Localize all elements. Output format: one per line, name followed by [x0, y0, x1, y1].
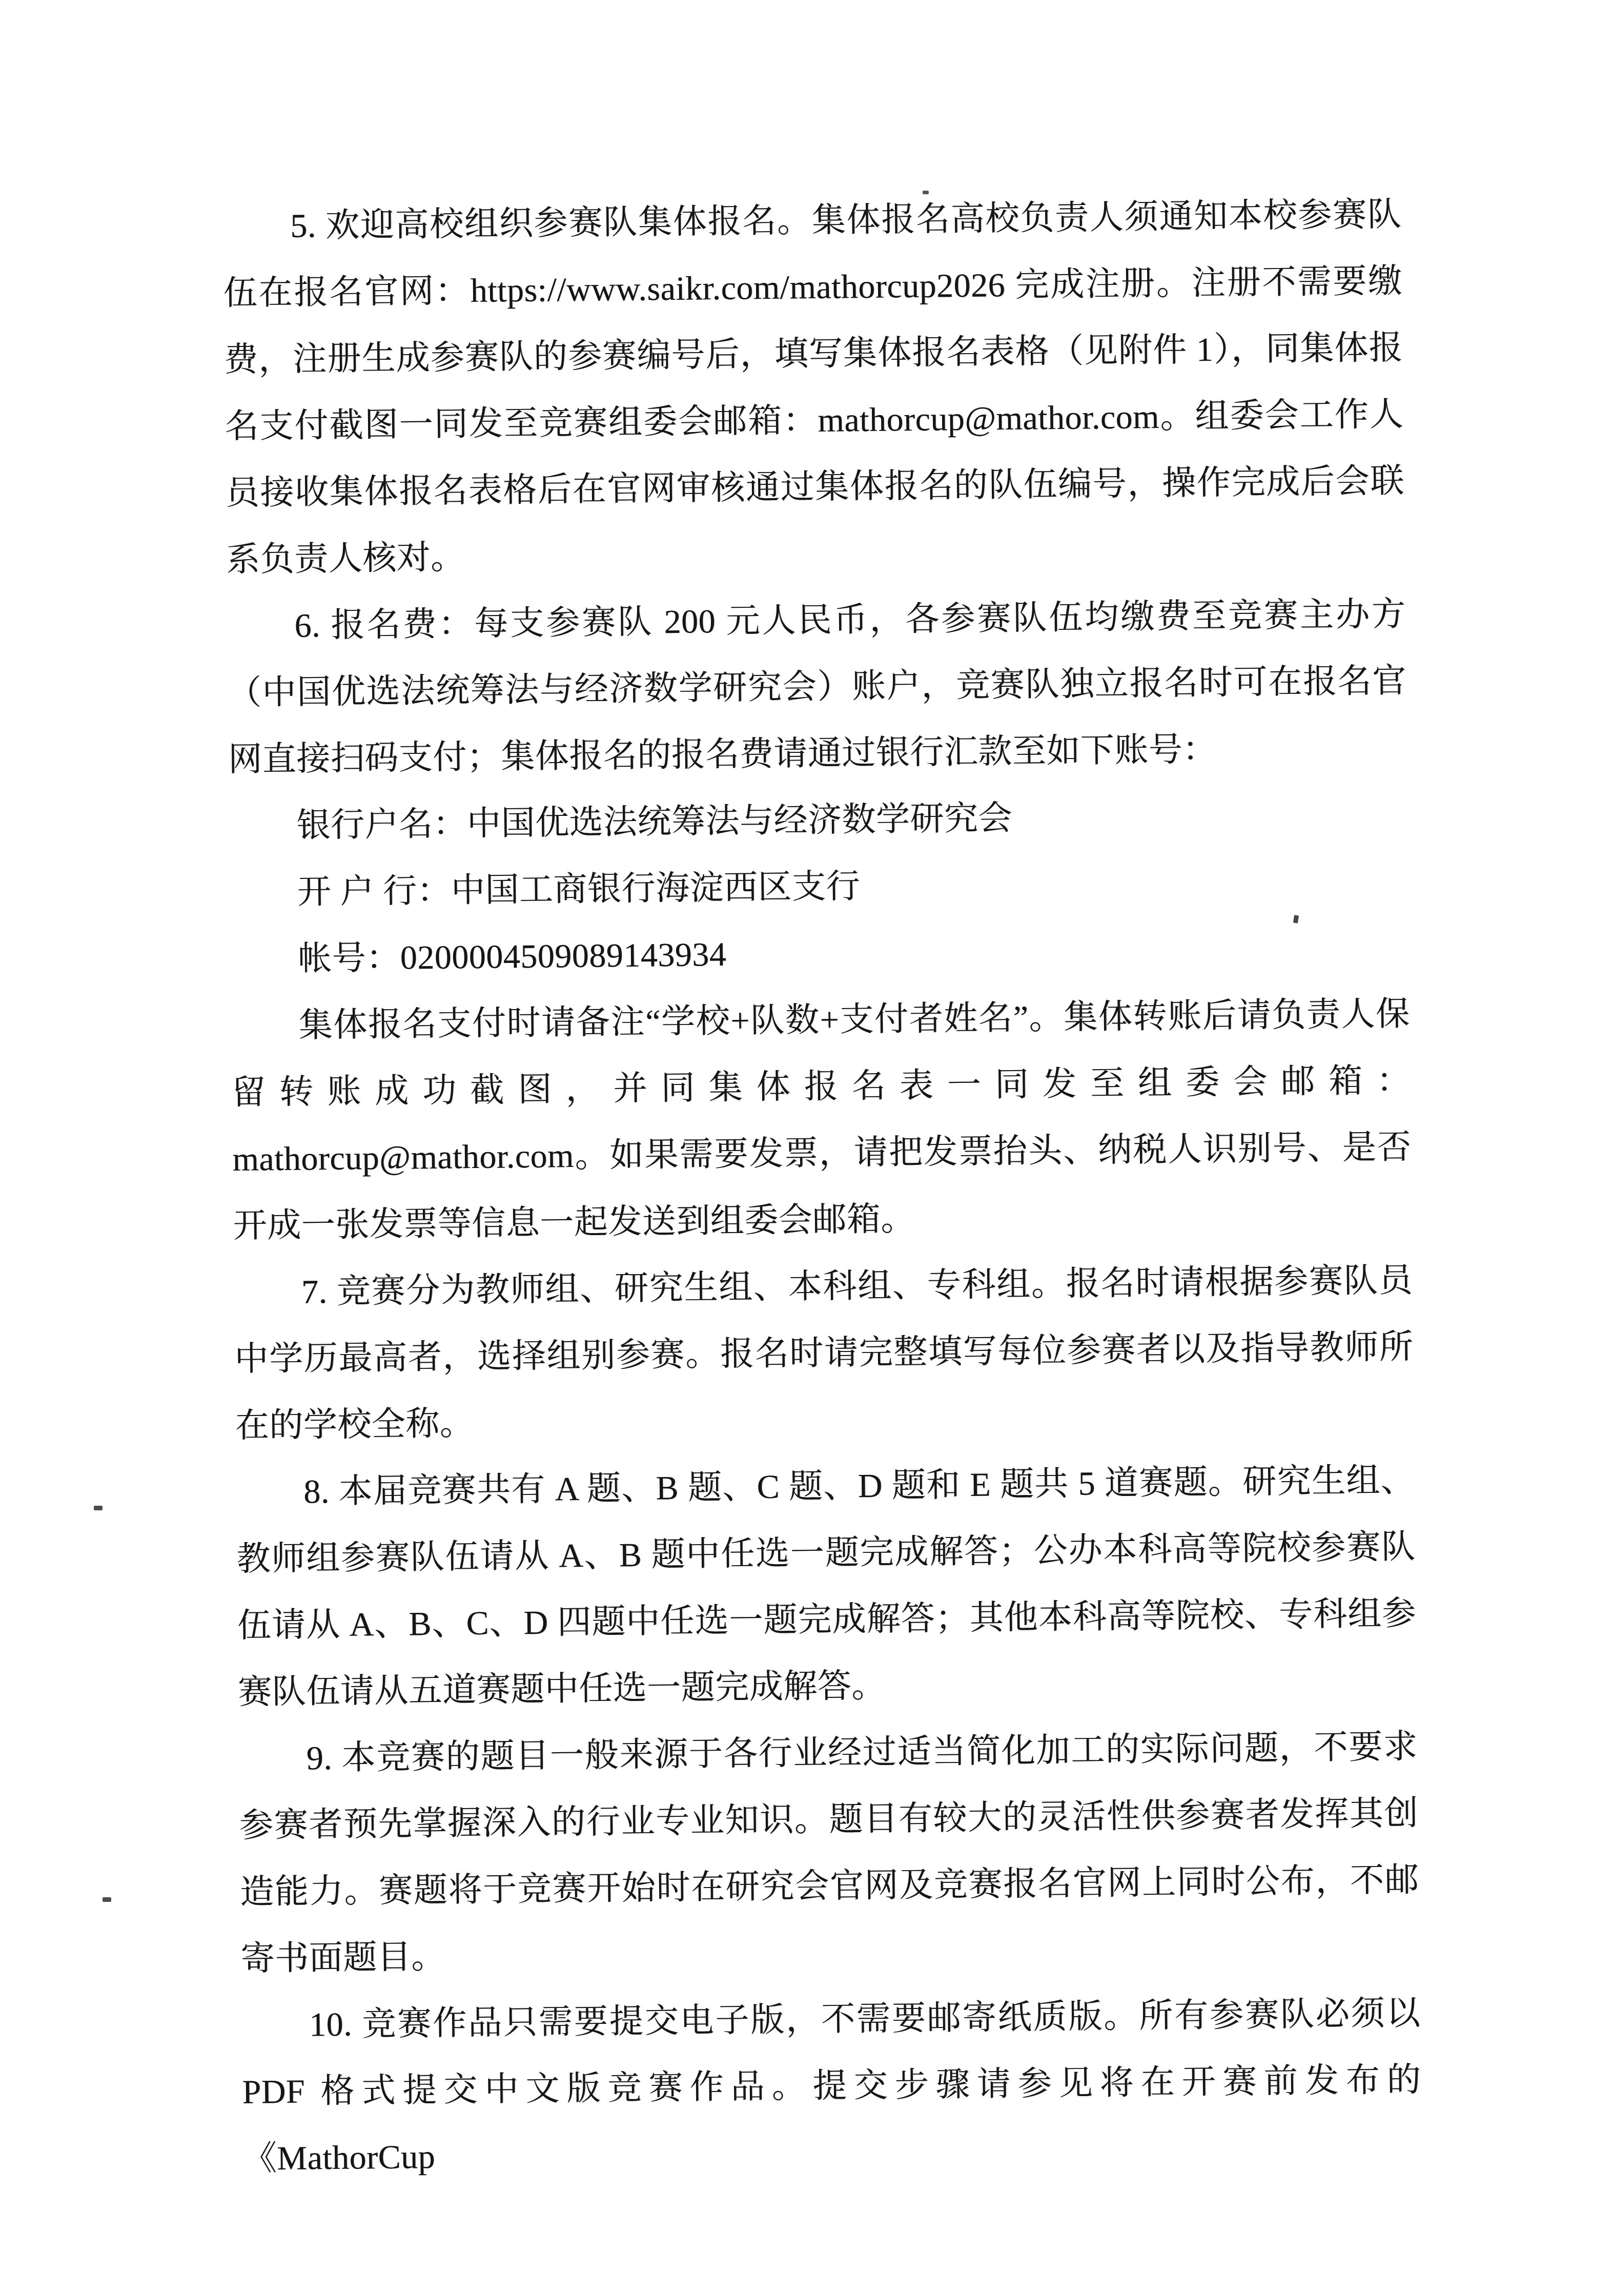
paragraph-item-10: 10. 竞赛作品只需要提交电子版，不需要邮寄纸质版。所有参赛队必须以 PDF 格… [241, 1980, 1422, 2192]
bank-account-number-line: 帐号：0200004509089143934 [230, 914, 1410, 993]
paragraph-item-5: 5. 欢迎高校组织参赛队集体报名。集体报名高校负责人须通知本校参赛队伍在报名官网… [222, 181, 1405, 593]
paragraph-item-6: 6. 报名费：每支参赛队 200 元人民币，各参赛队伍均缴费至竞赛主办方（中国优… [227, 581, 1407, 793]
document-page: 5. 欢迎高校组织参赛队集体报名。集体报名高校负责人须通知本校参赛队伍在报名官网… [0, 0, 1613, 2296]
paragraph-item-8: 8. 本届竞赛共有 A 题、B 题、C 题、D 题和 E 题共 5 道赛题。研究… [236, 1447, 1417, 1726]
scan-speck [103, 1897, 111, 1902]
paragraph-item-9: 9. 本竞赛的题目一般来源于各行业经过适当简化加工的实际问题，不要求参赛者预先掌… [238, 1714, 1420, 1993]
bank-account-name-line: 银行户名：中国优选法统筹法与经济数学研究会 [229, 781, 1408, 860]
document-text-block: 5. 欢迎高校组织参赛队集体报名。集体报名高校负责人须通知本校参赛队伍在报名官网… [222, 181, 1422, 2192]
scan-speck [94, 1506, 103, 1510]
scan-speck [923, 191, 929, 194]
bank-branch-line: 开 户 行：中国工商银行海淀西区支行 [229, 848, 1408, 927]
paragraph-payment-note: 集体报名支付时请备注“学校+队数+支付者姓名”。集体转账后请负责人保留转账成功截… [231, 981, 1412, 1260]
paragraph-item-7: 7. 竞赛分为教师组、研究生组、本科组、专科组。报名时请根据参赛队员中学历最高者… [233, 1247, 1414, 1460]
